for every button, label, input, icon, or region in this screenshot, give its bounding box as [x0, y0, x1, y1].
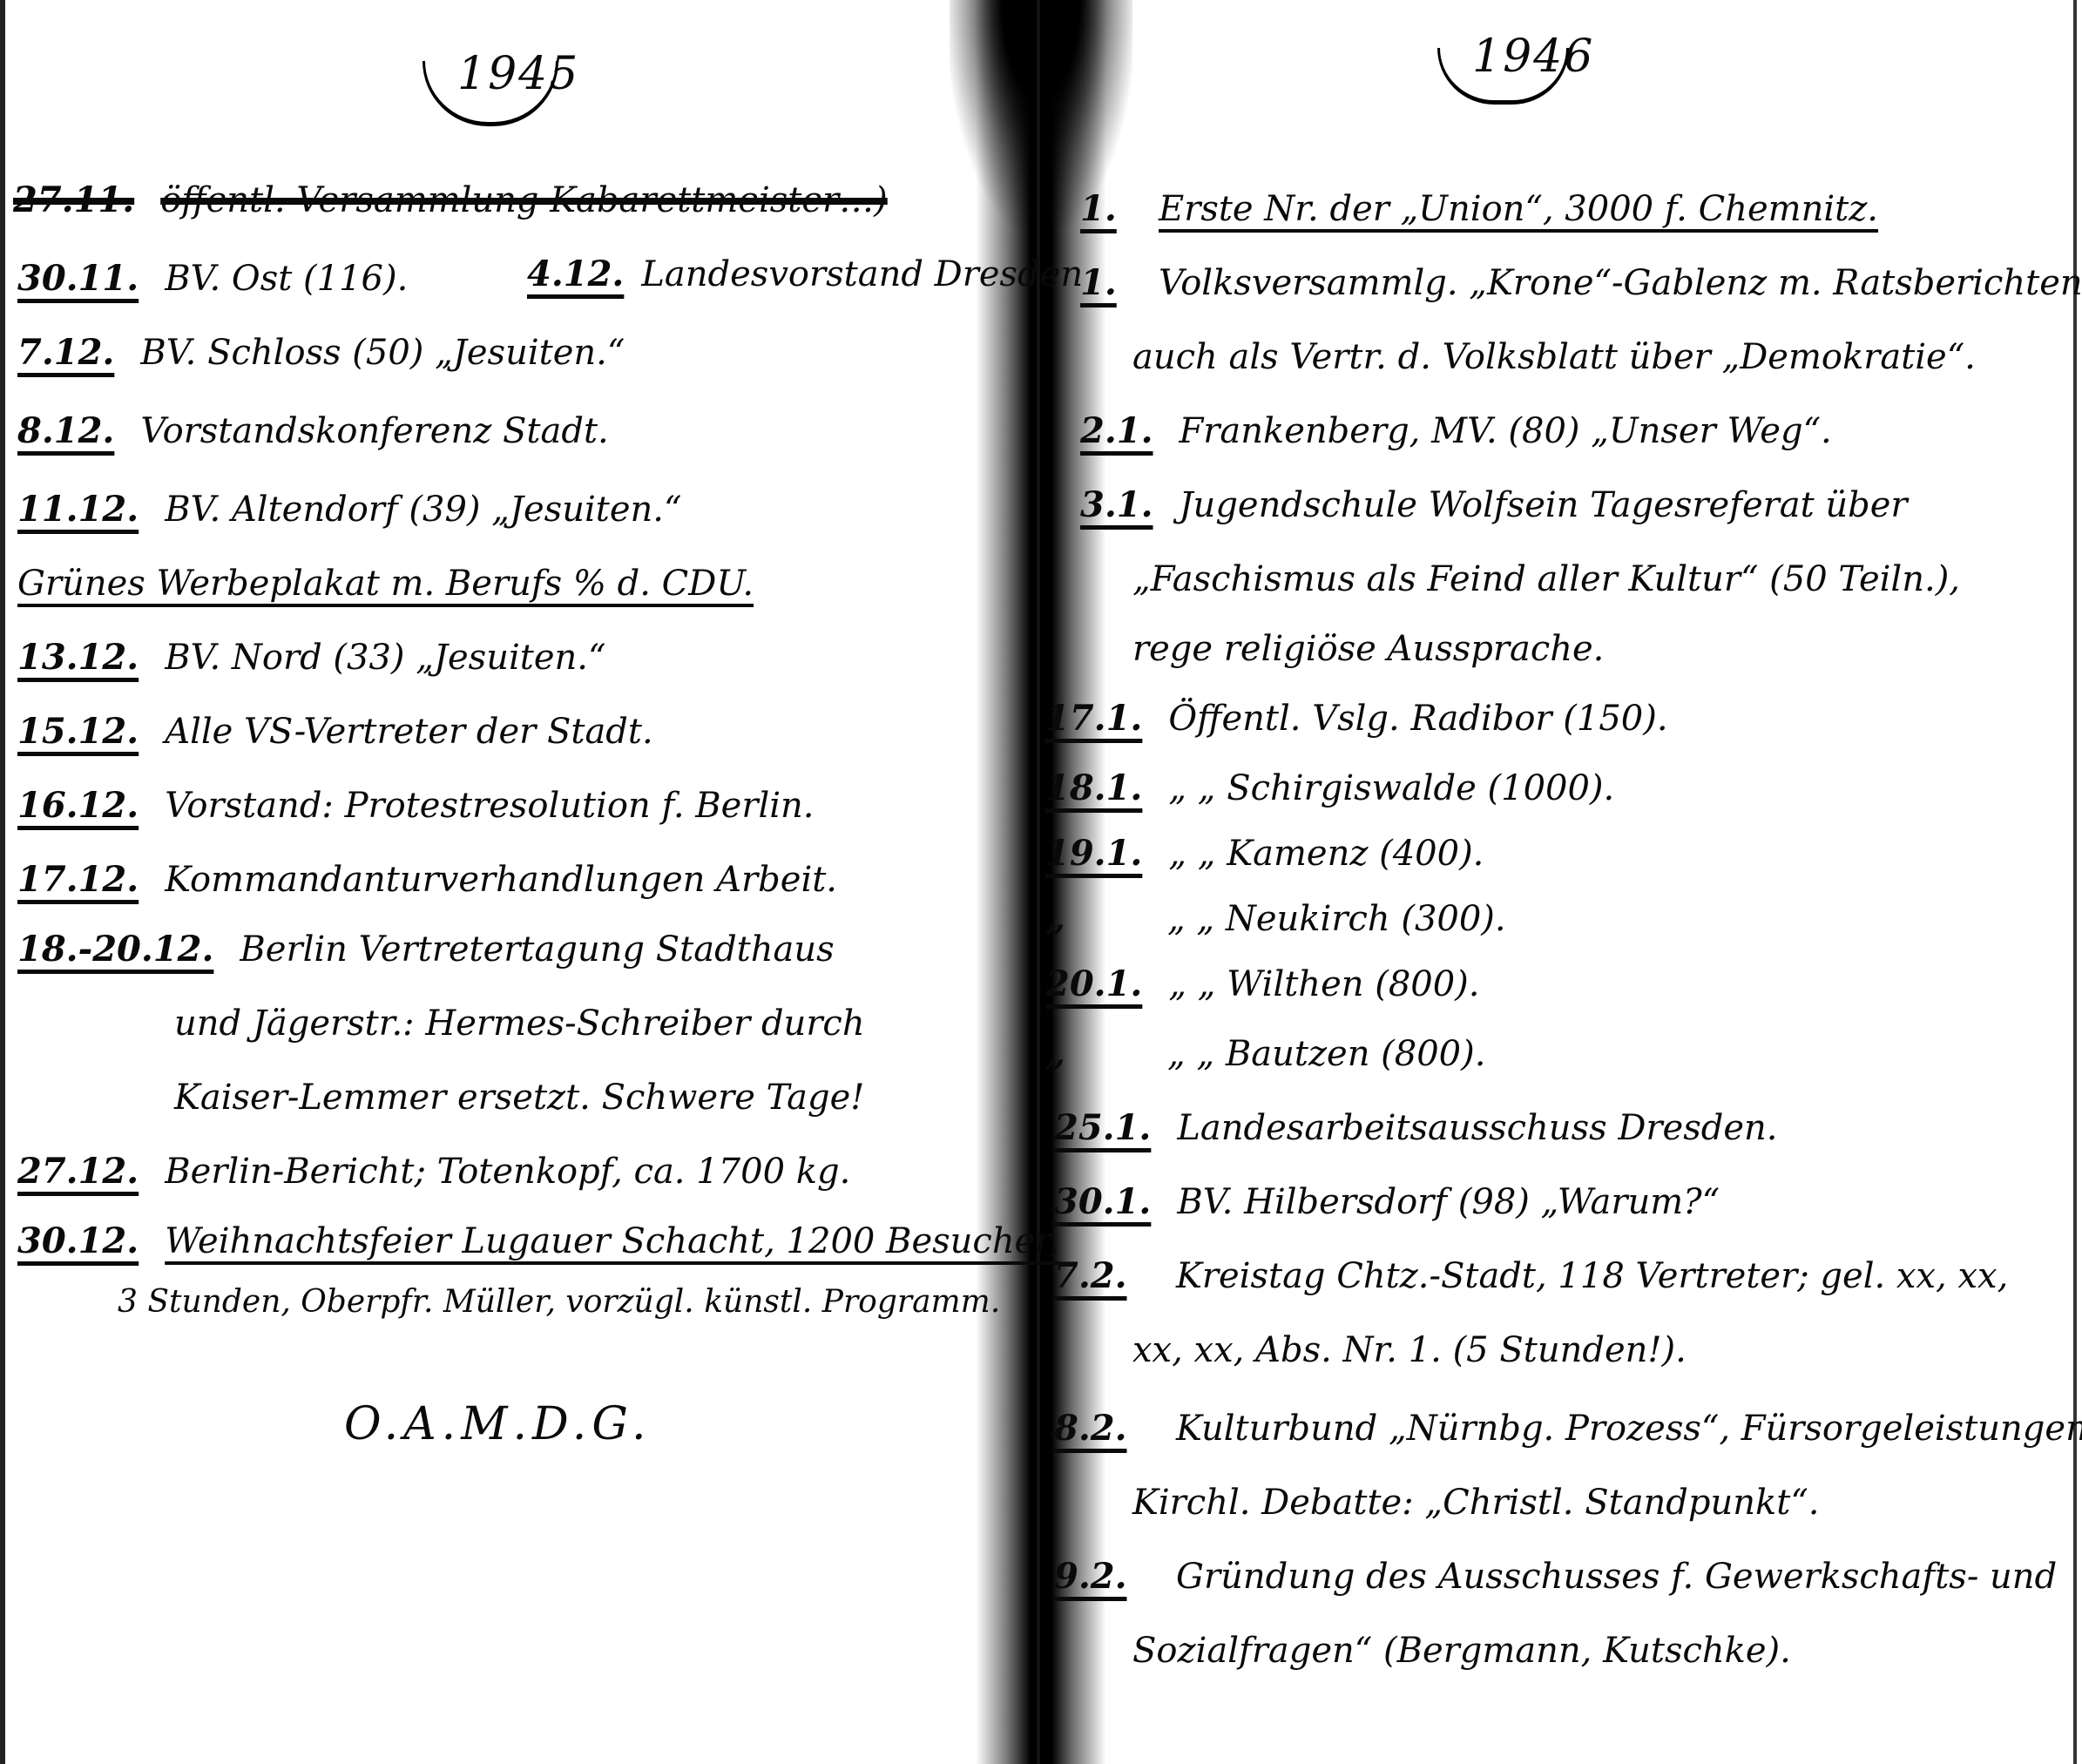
entry-werbeplakat: Grünes Werbeplakat m. Berufs % d. CDU. — [17, 562, 754, 605]
entry-17-12: 17.12.Kommandanturverhandlungen Arbeit. — [17, 858, 837, 902]
entry-25-1: 25.1.Landesarbeitsausschuss Dresden. — [1054, 1106, 1777, 1150]
entry-30-11: 30.11.BV. Ost (116). — [17, 257, 408, 301]
entry-17-1: 17.1.Öffentl. Vslg. Radibor (150). — [1045, 697, 1668, 740]
entry-15-12: 15.12.Alle VS-Vertreter der Stadt. — [17, 710, 653, 754]
entry-20-1: 20.1.„ „ Wilthen (800). — [1045, 963, 1480, 1006]
entry-9-2: 9.2.Gründung des Ausschusses f. Gewerksc… — [1054, 1555, 2057, 1598]
entry-18-20-12-line2: und Jägerstr.: Hermes-Schreiber durch — [174, 1002, 865, 1045]
entry-18-20-12-line3: Kaiser-Lemmer ersetzt. Schwere Tage! — [174, 1076, 864, 1119]
entry-18-20-12: 18.-20.12.Berlin Vertretertagung Stadtha… — [17, 928, 835, 971]
entry-1-1: 1.Erste Nr. der „Union“, 3000 f. Chemnit… — [1080, 187, 1878, 231]
entry-2-1: 2.1.Frankenberg, MV. (80) „Unser Weg“. — [1080, 409, 1832, 453]
entry-1-1-line2: auch als Vertr. d. Volksblatt über „Demo… — [1132, 335, 1976, 379]
entry-4-12-margin: 4.12.Landesvorstand Dresden — [527, 253, 1083, 296]
entry-11-12: 11.12.BV. Altendorf (39) „Jesuiten.“ — [17, 488, 681, 531]
entry-27-12: 27.12.Berlin-Bericht; Totenkopf, ca. 170… — [17, 1150, 850, 1193]
entry-30-12: 30.12.Weihnachtsfeier Lugauer Schacht, 1… — [17, 1220, 1059, 1263]
entry-30-12-line2: 3 Stunden, Oberpfr. Müller, vorzügl. kün… — [118, 1281, 1000, 1324]
entry-8-2-line2: Kirchl. Debatte: „Christl. Standpunkt“. — [1132, 1481, 1820, 1524]
entry-20-1-bautzen: „„ „ Bautzen (800). — [1045, 1032, 1485, 1076]
entry-3-1: 3.1.Jugendschule Wolfsein Tagesreferat ü… — [1080, 483, 1908, 527]
entry-30-1: 30.1.BV. Hilbersdorf (98) „Warum?“ — [1054, 1180, 1720, 1224]
entry-9-2-line2: Sozialfragen“ (Bergmann, Kutschke). — [1132, 1629, 1791, 1673]
entry-7-2: 7.2.Kreistag Chtz.-Stadt, 118 Vertreter;… — [1054, 1254, 2008, 1298]
entry-13-12: 13.12.BV. Nord (33) „Jesuiten.“ — [17, 636, 605, 679]
entry-27-11: 27.11.öffentl. Versammlung Kabarettmeist… — [13, 179, 888, 222]
entry-8-2: 8.2.Kulturbund „Nürnbg. Prozess“, Fürsor… — [1054, 1407, 2082, 1450]
entry-3-1-line2: „Faschismus als Feind aller Kultur“ (50 … — [1132, 558, 1960, 601]
entry-3-1-line3: rege religiöse Aussprache. — [1132, 627, 1604, 671]
entry-1-1-volksversammlung: 1.Volksversammlg. „Krone“-Gablenz m. Rat… — [1080, 261, 2082, 305]
entry-7-12: 7.12.BV. Schloss (50) „Jesuiten.“ — [17, 331, 625, 375]
entry-16-12: 16.12.Vorstand: Protestresolution f. Ber… — [17, 784, 815, 828]
entry-7-2-line2: xx, xx, Abs. Nr. 1. (5 Stunden!). — [1132, 1328, 1687, 1372]
signature-omdg: O.A.M.D.G. — [344, 1398, 652, 1450]
entry-19-1-neukirch: „„ „ Neukirch (300). — [1045, 897, 1506, 941]
entry-18-1: 18.1.„ „ Schirgiswalde (1000). — [1045, 767, 1614, 810]
entry-19-1: 19.1.„ „ Kamenz (400). — [1045, 832, 1484, 875]
entry-8-12: 8.12.Vorstandskonferenz Stadt. — [17, 409, 609, 453]
